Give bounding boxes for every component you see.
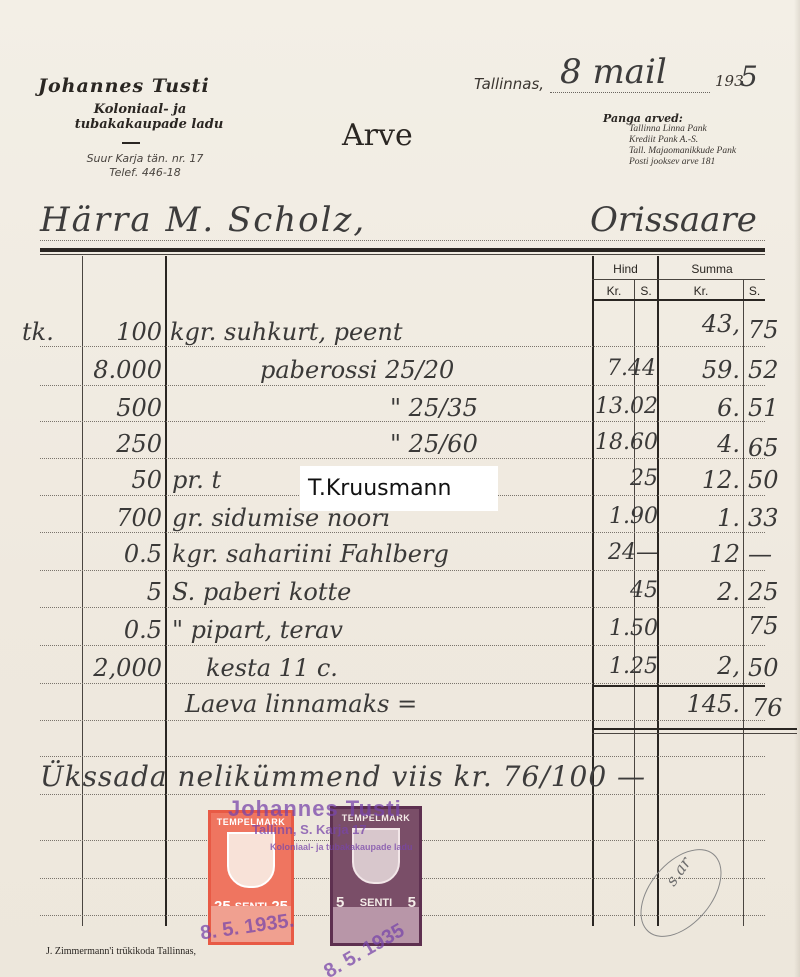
row-qty: 0.5	[82, 616, 162, 644]
row-price: 1.50	[592, 616, 658, 641]
company-address: Suur Karja tän. nr. 17	[40, 152, 250, 166]
row-sum-kr: 2,	[662, 652, 740, 680]
header-sum-s: S.	[744, 284, 765, 298]
bank-item: Posti jooksev arve 181	[629, 157, 736, 168]
header-sum: Summa	[659, 262, 765, 276]
row-price: 7.44	[590, 356, 656, 381]
column-divider-qty	[165, 256, 167, 926]
bank-item: Tall. Majaomanikkude Pank	[629, 146, 736, 157]
initials-ellipse	[624, 834, 737, 952]
row-line	[40, 532, 765, 533]
row-price: 24—	[592, 540, 658, 565]
row-unit: tk.	[22, 318, 54, 346]
header-price-kr: Kr.	[594, 284, 634, 298]
row-sum-s: 75	[748, 612, 798, 640]
row-sum-s: 50	[748, 654, 798, 682]
header-price: Hind	[594, 262, 657, 276]
total-rule-thin	[592, 733, 797, 734]
row-qty: 0.5	[82, 540, 162, 568]
row-qty: 2,000	[82, 654, 162, 682]
row-desc: pr. t	[172, 466, 221, 494]
row-line	[40, 683, 765, 684]
recipient-place: Orissaare	[590, 200, 757, 240]
company-stamp-line2: Tallinn, S. Karja 17	[252, 822, 367, 837]
row-desc: S. paberi kotte	[172, 578, 351, 606]
row-price: 13.02	[592, 394, 658, 419]
row-desc: " 25/60	[390, 430, 478, 458]
row-sum-kr: 2.	[662, 578, 740, 606]
row-desc: Laeva linnamaks =	[185, 690, 417, 718]
row-line	[40, 570, 765, 571]
row-sum-kr: 59.	[662, 356, 740, 384]
company-line2: tubakakaupade ladu	[34, 117, 264, 132]
row-sum-kr: 1.	[662, 504, 740, 532]
row-sum-kr: 43,	[662, 310, 740, 338]
header-sum-kr: Kr.	[659, 284, 743, 298]
row-price: 45	[592, 578, 658, 603]
row-desc: " pipart, terav	[172, 616, 343, 644]
column-divider-sum-s	[743, 280, 744, 926]
header-divider	[592, 279, 765, 280]
row-sum-s: 75	[748, 316, 798, 344]
row-sum-kr: 6.	[662, 394, 740, 422]
row-desc: kgr. sahariini Fahlberg	[172, 540, 449, 568]
row-sum-s: 52	[748, 356, 798, 384]
total-s: 76	[752, 694, 800, 722]
subtotal-rule	[592, 685, 765, 687]
row-sum-kr: 4.	[662, 430, 740, 458]
company-stamp-line3: Koloniaal- ja tubakakaupade ladu	[270, 842, 413, 852]
row-line	[40, 645, 765, 646]
recipient-dotted-line	[40, 240, 765, 241]
total-kr: 145.	[662, 690, 740, 718]
letterhead-divider	[122, 142, 140, 144]
row-qty: 100	[82, 318, 162, 346]
row-price: 18.60	[592, 430, 658, 455]
row-qty: 500	[82, 394, 162, 422]
table-top-rule	[40, 248, 765, 252]
row-desc: " 25/35	[390, 394, 478, 422]
bank-item: Tallinna Linna Pank	[629, 124, 736, 135]
row-sum-s: 33	[748, 504, 798, 532]
company-stamp-line1: Johannes Tusti	[228, 796, 402, 822]
row-line	[40, 607, 765, 608]
row-sum-s: 65	[748, 434, 798, 462]
row-qty: 250	[82, 430, 162, 458]
date-dotted-line	[550, 92, 710, 93]
row-price: 1.90	[592, 504, 658, 529]
row-qty: 50	[82, 466, 162, 494]
row-line	[40, 720, 765, 721]
row-price: 25	[592, 466, 658, 491]
header-bottom-rule	[592, 299, 765, 301]
invoice-paper: Johannes Tusti Koloniaal- ja tubakakaupa…	[0, 0, 800, 977]
overlay-name-label: T.Kruusmann	[300, 466, 498, 511]
bank-accounts-list: Tallinna Linna Pank Krediit Pank A.-S. T…	[629, 124, 736, 168]
recipient-name: Härra M. Scholz,	[40, 200, 366, 240]
row-price: 1.25	[592, 654, 658, 679]
row-desc: kesta 11 c.	[206, 654, 338, 682]
row-sum-s: 50	[748, 466, 798, 494]
row-sum-s: 25	[748, 578, 798, 606]
row-desc: paberossi 25/20	[260, 356, 454, 384]
row-qty: 5	[82, 578, 162, 606]
row-line	[40, 794, 765, 795]
company-address-block: Suur Karja tän. nr. 17 Telef. 446-18	[40, 152, 250, 180]
row-sum-s: —	[748, 540, 798, 568]
row-desc: kgr. suhkurt, peent	[170, 318, 402, 346]
row-qty: 700	[82, 504, 162, 532]
row-qty: 8.000	[82, 356, 162, 384]
row-line	[40, 458, 765, 459]
printer-imprint: J. Zimmermann'i trükikoda Tallinnas,	[46, 946, 196, 957]
row-line	[40, 756, 765, 757]
row-sum-kr: 12.	[662, 466, 740, 494]
amount-in-words: Ükssada nelikümmend viis kr. 76/100 —	[40, 760, 646, 793]
date-handwritten: 8 mail	[560, 52, 667, 92]
row-line	[40, 346, 765, 347]
table-top-rule-thin	[40, 254, 765, 255]
row-line	[40, 385, 765, 386]
row-sum-kr: 12	[662, 540, 740, 568]
place-label: Tallinnas,	[474, 75, 544, 93]
company-phone: Telef. 446-18	[40, 166, 250, 180]
document-title: Arve	[342, 118, 413, 153]
coat-of-arms-icon	[227, 832, 275, 888]
header-price-s: S.	[635, 284, 657, 298]
total-rule	[592, 728, 797, 730]
company-line1: Koloniaal- ja	[80, 102, 200, 118]
row-sum-s: 51	[748, 394, 798, 422]
company-name: Johannes Tusti	[38, 75, 210, 97]
year-handwritten: 5	[740, 60, 758, 93]
bank-item: Krediit Pank A.-S.	[629, 135, 736, 146]
